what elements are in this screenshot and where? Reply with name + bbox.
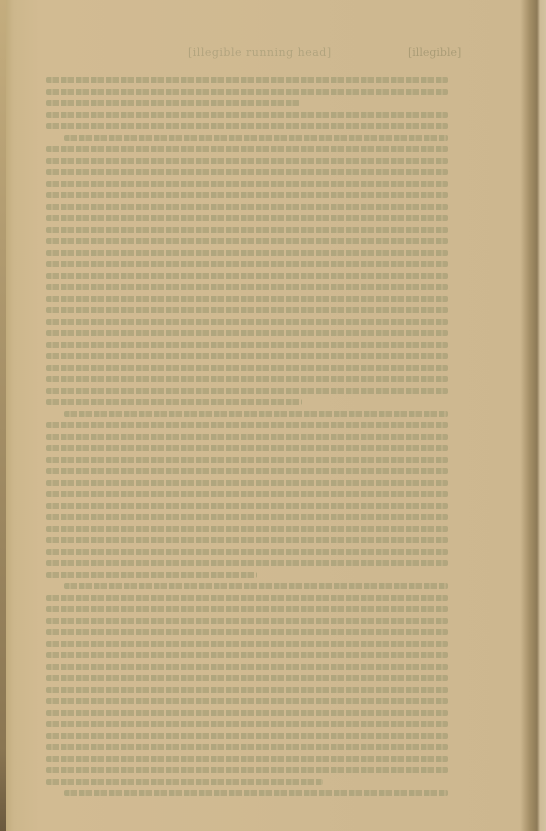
text-line xyxy=(46,454,448,466)
text-line xyxy=(46,132,448,144)
text-line xyxy=(46,741,448,753)
text-line xyxy=(46,74,448,86)
text-line xyxy=(46,178,448,190)
text-line xyxy=(46,224,448,236)
text-line xyxy=(46,362,448,374)
text-line xyxy=(46,304,448,316)
text-line xyxy=(46,776,448,788)
text-line xyxy=(46,235,448,247)
text-line xyxy=(46,764,448,776)
page-number: [illegible] xyxy=(408,46,461,59)
text-line xyxy=(46,155,448,167)
text-line xyxy=(46,684,448,696)
text-line xyxy=(46,500,448,512)
text-line xyxy=(46,592,448,604)
text-line xyxy=(46,396,448,408)
text-line xyxy=(46,787,448,799)
text-line xyxy=(46,201,448,213)
text-line xyxy=(46,638,448,650)
scanned-page: [illegible running head] [illegible] xyxy=(0,0,546,831)
text-line xyxy=(46,753,448,765)
book-gutter-shadow xyxy=(0,0,6,831)
running-head: [illegible running head] xyxy=(188,46,332,59)
text-line xyxy=(46,615,448,627)
text-line xyxy=(46,626,448,638)
text-line xyxy=(46,293,448,305)
text-line xyxy=(46,557,448,569)
text-line xyxy=(46,339,448,351)
text-line xyxy=(46,189,448,201)
text-line xyxy=(46,166,448,178)
text-line xyxy=(46,603,448,615)
text-line xyxy=(46,143,448,155)
text-line xyxy=(46,442,448,454)
text-line xyxy=(46,661,448,673)
text-line xyxy=(46,465,448,477)
text-line xyxy=(46,477,448,489)
text-line xyxy=(46,327,448,339)
text-line xyxy=(46,569,448,581)
text-line xyxy=(46,718,448,730)
text-line xyxy=(46,408,448,420)
text-line xyxy=(46,120,448,132)
text-line xyxy=(46,649,448,661)
page-header: [illegible running head] [illegible] xyxy=(0,46,546,60)
text-line xyxy=(46,488,448,500)
text-line xyxy=(46,316,448,328)
text-line xyxy=(46,707,448,719)
text-line xyxy=(46,97,448,109)
text-line xyxy=(46,212,448,224)
text-line xyxy=(46,695,448,707)
text-line xyxy=(46,247,448,259)
text-line xyxy=(46,385,448,397)
text-line xyxy=(46,86,448,98)
text-line xyxy=(46,431,448,443)
text-line xyxy=(46,109,448,121)
text-line xyxy=(46,534,448,546)
text-line xyxy=(46,546,448,558)
text-line xyxy=(46,419,448,431)
text-line xyxy=(46,672,448,684)
body-text xyxy=(46,74,448,799)
text-line xyxy=(46,281,448,293)
text-line xyxy=(46,523,448,535)
text-line xyxy=(46,730,448,742)
text-line xyxy=(46,580,448,592)
text-line xyxy=(46,511,448,523)
text-line xyxy=(46,270,448,282)
text-line xyxy=(46,350,448,362)
text-line xyxy=(46,258,448,270)
text-line xyxy=(46,373,448,385)
